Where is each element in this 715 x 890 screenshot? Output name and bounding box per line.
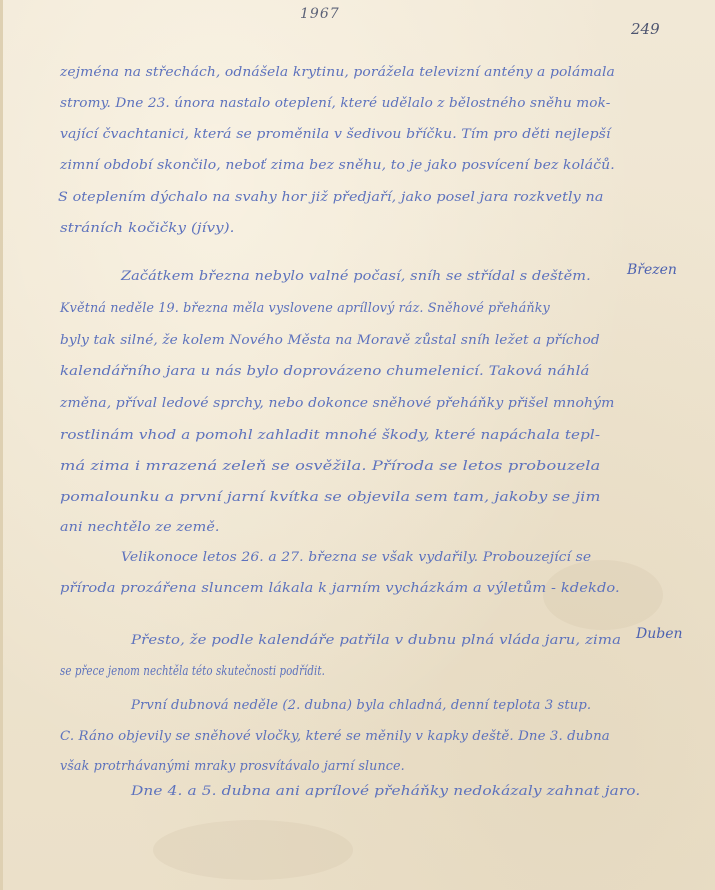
text-line: Velikonoce letos 26. a 27. března se vša… bbox=[121, 550, 591, 565]
margin-label-march: Březen bbox=[627, 262, 677, 278]
text-line: Přesto, že podle kalendáře patřila v dub… bbox=[131, 633, 621, 648]
text-line: zejména na střechách, odnášela krytinu, … bbox=[60, 65, 615, 80]
text-line: Dne 4. a 5. dubna ani aprílové přeháňky … bbox=[131, 784, 640, 799]
paper-stain bbox=[153, 820, 353, 880]
text-line: pomalounku a první jarní kvítka se objev… bbox=[60, 490, 601, 505]
text-line: kalendářního jara u nás bylo doprovázeno… bbox=[60, 364, 590, 379]
text-line: příroda prozářena sluncem lákala k jarní… bbox=[60, 581, 620, 596]
text-line: má zima i mrazená zeleň se osvěžila. Pří… bbox=[60, 459, 600, 474]
text-line: S oteplením dýchalo na svahy hor již pře… bbox=[58, 190, 604, 205]
text-line: zimní období skončilo, neboť zima bez sn… bbox=[60, 158, 615, 173]
text-line: C. Ráno objevily se sněhové vločky, kter… bbox=[60, 729, 610, 744]
text-line: rostlinám vhod a pomohl zahladit mnohé š… bbox=[60, 428, 600, 443]
text-line: vající čvachtanici, která se proměnila v… bbox=[60, 127, 611, 142]
text-line: ani nechtělo ze země. bbox=[60, 520, 220, 535]
chronicle-page: 1967 249 zejména na střechách, odnášela … bbox=[0, 0, 715, 890]
text-line: se přece jenom nechtěla této skutečnosti… bbox=[60, 664, 325, 679]
text-line: První dubnová neděle (2. dubna) byla chl… bbox=[131, 698, 591, 713]
margin-label-april: Duben bbox=[636, 626, 683, 642]
text-line: stráních kočičky (jívy). bbox=[60, 221, 235, 236]
text-line: Květná neděle 19. března měla vyslovene … bbox=[60, 301, 550, 316]
text-line: změna, příval ledové sprchy, nebo dokonc… bbox=[60, 396, 614, 411]
text-line: Začátkem března nebylo valné počasí, sní… bbox=[121, 269, 591, 284]
text-line: však protrhávanými mraky prosvítávalo ja… bbox=[60, 759, 405, 774]
page-number: 249 bbox=[631, 20, 660, 38]
page-year: 1967 bbox=[300, 6, 340, 22]
text-line: stromy. Dne 23. února nastalo oteplení, … bbox=[60, 96, 610, 111]
text-line: byly tak silné, že kolem Nového Města na… bbox=[60, 333, 600, 348]
